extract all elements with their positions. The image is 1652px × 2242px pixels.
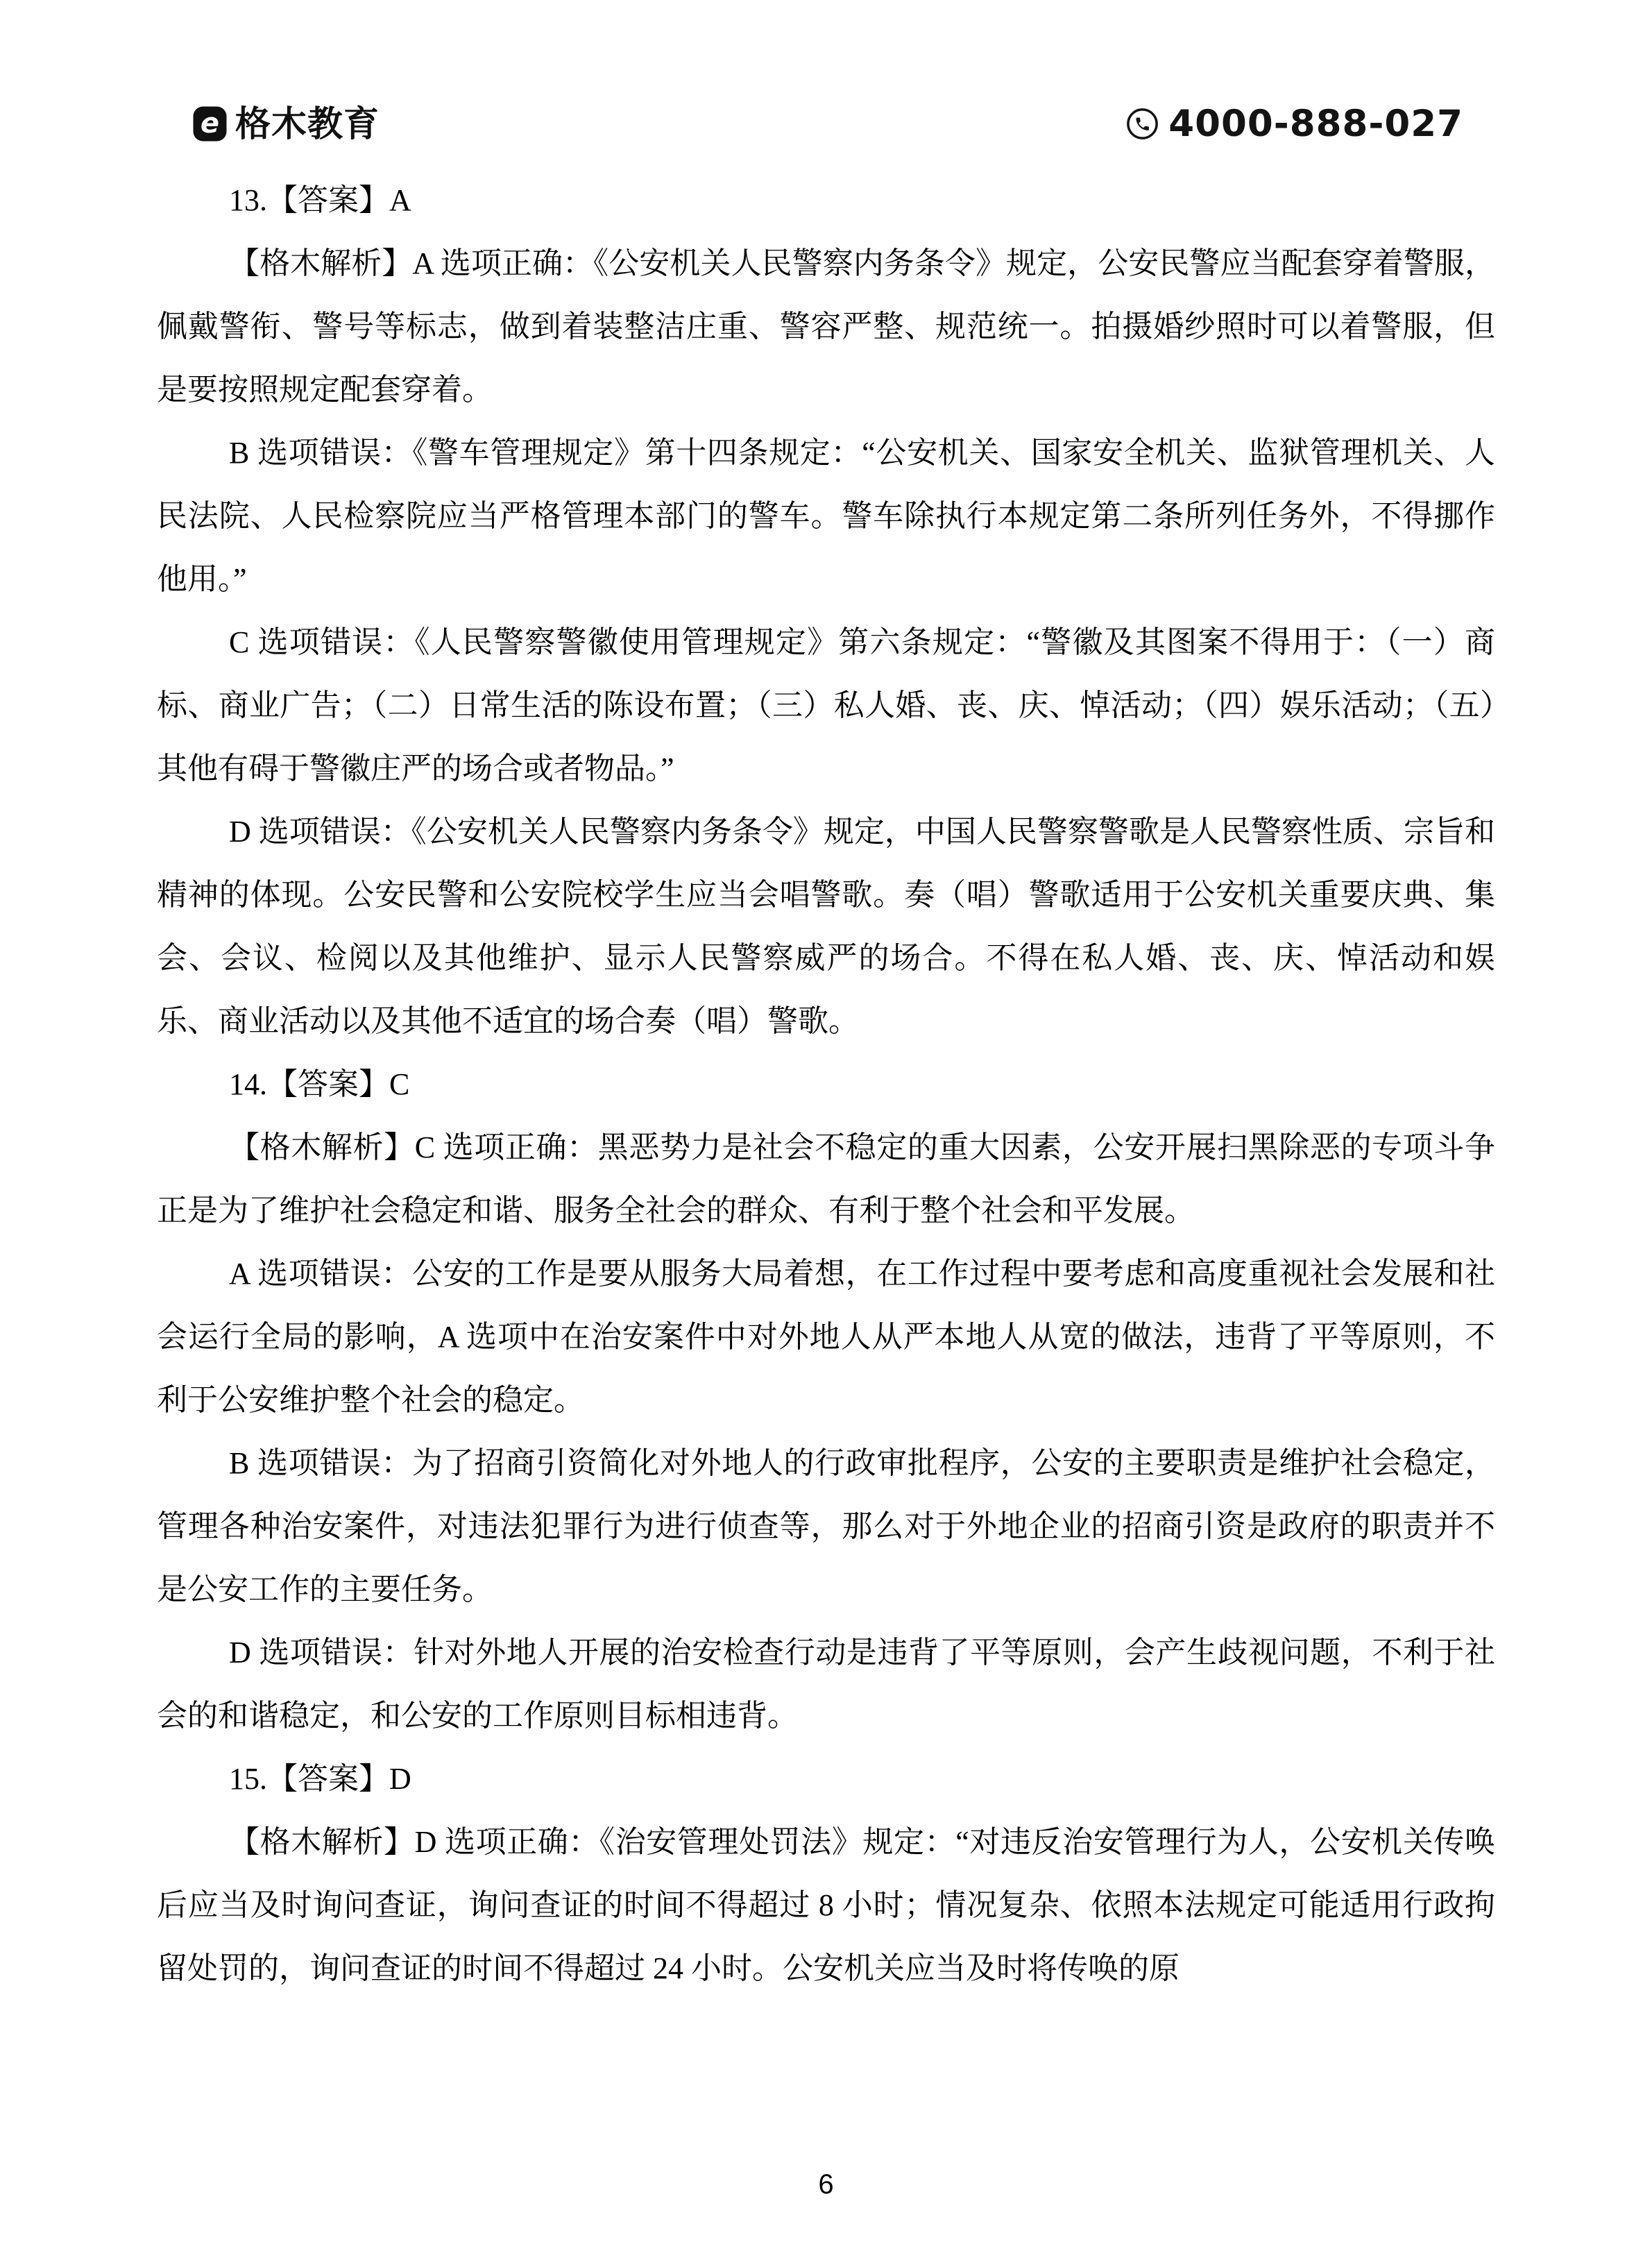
- page-header: e 格木教育 4000-888-027: [192, 101, 1463, 146]
- answer-14-option-d: D 选项错误：针对外地人开展的治安检查行动是违背了平等原则，会产生歧视问题，不利…: [157, 1621, 1495, 1747]
- answer-15-analysis: 【格木解析】D 选项正确：《治安管理处罚法》规定：“对违反治安管理行为人，公安机…: [157, 1810, 1495, 2000]
- answer-14-heading: 14.【答案】C: [157, 1053, 1495, 1116]
- phone-number: 4000-888-027: [1168, 105, 1463, 142]
- answer-13-heading: 13.【答案】A: [157, 169, 1495, 232]
- answer-14-option-b: B 选项错误：为了招商引资简化对外地人的行政审批程序，公安的主要职责是维护社会稳…: [157, 1432, 1495, 1621]
- page-number: 6: [818, 2169, 833, 2200]
- answer-13-option-d: D 选项错误：《公安机关人民警察内务条令》规定，中国人民警察警歌是人民警察性质、…: [157, 800, 1495, 1053]
- answer-13-option-c: C 选项错误：《人民警察警徽使用管理规定》第六条规定：“警徽及其图案不得用于：（…: [157, 611, 1495, 800]
- answer-14-option-a: A 选项错误：公安的工作是要从服务大局着想，在工作过程中要考虑和高度重视社会发展…: [157, 1242, 1495, 1432]
- answer-13-analysis: 【格木解析】A 选项正确：《公安机关人民警察内务条令》规定，公安民警应当配套穿着…: [157, 232, 1495, 421]
- document-page: e 格木教育 4000-888-027 13.【答案】A 【格木解析】A 选项正…: [0, 0, 1652, 2242]
- answer-15-heading: 15.【答案】D: [157, 1747, 1495, 1810]
- brand: e 格木教育: [192, 105, 380, 142]
- brand-name: 格木教育: [235, 106, 380, 142]
- svg-text:e: e: [201, 108, 219, 139]
- page-footer: 6: [0, 2171, 1652, 2198]
- document-body: 13.【答案】A 【格木解析】A 选项正确：《公安机关人民警察内务条令》规定，公…: [157, 169, 1495, 2000]
- answer-13-option-b: B 选项错误：《警车管理规定》第十四条规定：“公安机关、国家安全机关、监狱管理机…: [157, 421, 1495, 611]
- gemu-logo-icon: e: [192, 105, 228, 142]
- answer-14-analysis: 【格木解析】C 选项正确：黑恶势力是社会不稳定的重大因素，公安开展扫黑除恶的专项…: [157, 1116, 1495, 1242]
- phone-contact: 4000-888-027: [1125, 105, 1463, 142]
- phone-icon: [1125, 107, 1159, 141]
